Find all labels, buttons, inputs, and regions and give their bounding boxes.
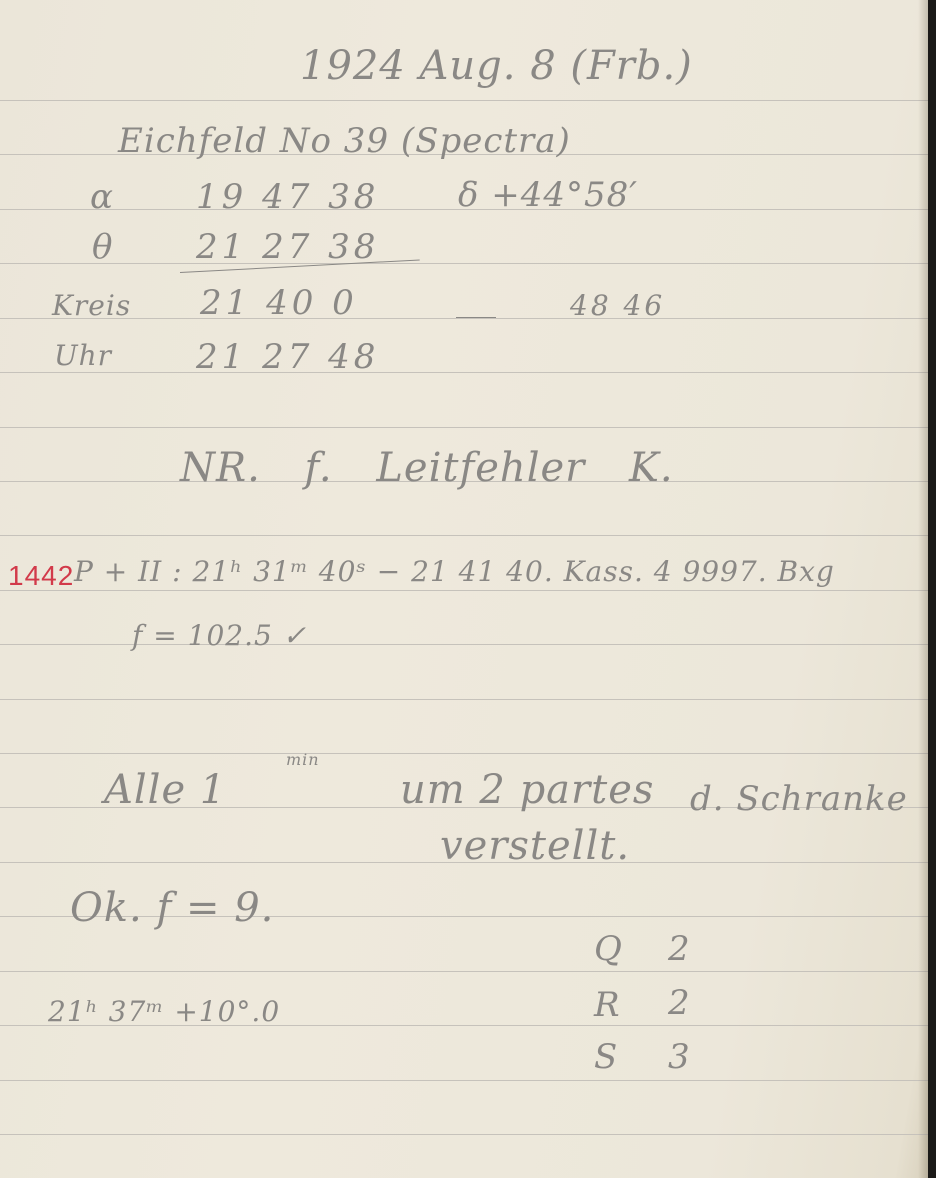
row-extra-kreis: 48 46 [570,292,665,320]
note-min-superscript: min [286,752,320,768]
object-title: Eichfeld No 39 (Spectra) [118,124,571,158]
row-value-uhr: 21 27 48 [196,340,379,374]
ruled-line [0,699,928,700]
ruled-line [0,535,928,536]
section-heading: NR. f. Leitfehler K. [180,448,674,488]
ok-focus: Ok. f = 9. [70,888,274,928]
scale-label-r: R [594,988,621,1022]
row-value-alpha: 19 47 38 [196,180,379,214]
ruled-line [0,427,928,428]
row-extra-alpha: δ +44°58′ [458,178,638,212]
ruled-line [0,1080,928,1081]
note-schranke: d. Schranke [690,782,908,816]
ruled-line [0,318,928,319]
scale-value-q: 2 [668,932,691,966]
ruled-line [0,971,928,972]
page-edge-shadow [918,0,928,1178]
row-label-alpha: α [90,180,114,214]
row-value-kreis: 21 40 0 [200,286,358,320]
notebook-page: 1924 Aug. 8 (Frb.) Eichfeld No 39 (Spect… [0,0,928,1178]
entry-date: 1924 Aug. 8 (Frb.) [300,46,693,86]
note-verstellt: verstellt. [440,826,630,866]
scale-value-s: 3 [668,1040,691,1074]
scale-value-r: 2 [668,986,691,1020]
ruled-line [0,263,928,264]
row-label-kreis: Kreis [52,292,131,320]
scale-label-s: S [594,1040,618,1074]
row-label-uhr: Uhr [54,342,112,370]
note-alle: Alle 1 [104,770,226,810]
ruled-line [0,100,928,101]
row-label-theta: θ [92,230,113,264]
scale-label-q: Q [594,932,623,966]
ruled-line [0,753,928,754]
row-value-theta: 21 27 38 [196,230,379,264]
ruled-line [0,1134,928,1135]
plate-focus: f = 102.5 ✓ [132,622,307,650]
ruled-line [0,590,928,591]
note-partes: um 2 partes [400,770,654,810]
plate-exposure-line: P + II : 21ʰ 31ᵐ 40ˢ − 21 41 40. Kass. 4… [74,558,835,586]
ruled-line [0,372,928,373]
dash-stroke [456,317,496,318]
plate-number: 1442 [8,562,74,590]
time-entry: 21ʰ 37ᵐ +10°.0 [48,998,280,1026]
